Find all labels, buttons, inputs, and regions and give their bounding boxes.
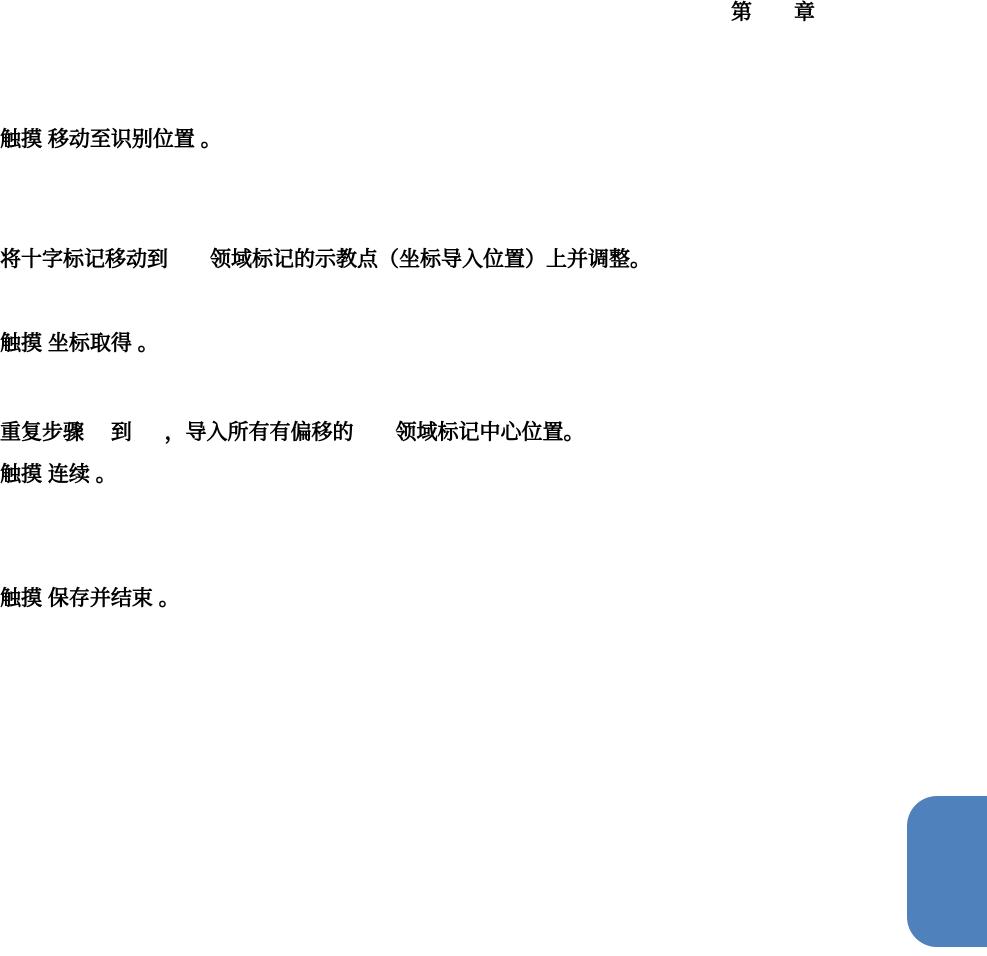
- step-touch-continue: 触摸 连续 。: [0, 464, 117, 485]
- corner-tab-decoration: [907, 796, 987, 947]
- chapter-heading: 第 章: [731, 2, 815, 23]
- step-touch-save-and-end: 触摸 保存并结束 。: [0, 588, 180, 609]
- step-touch-coordinate-acquire: 触摸 坐标取得 。: [0, 333, 159, 354]
- step-move-cross-mark-instruction: 将十字标记移动到 领域标记的示教点（坐标导入位置）上并调整。: [0, 249, 651, 270]
- manual-page: 第 章 触摸 移动至识别位置 。 将十字标记移动到 领域标记的示教点（坐标导入位…: [0, 0, 987, 956]
- step-repeat-steps-instruction: 重复步骤 到 ，导入所有有偏移的 领域标记中心位置。: [0, 422, 585, 443]
- step-touch-move-to-recognition-position: 触摸 移动至识别位置 。: [0, 129, 222, 150]
